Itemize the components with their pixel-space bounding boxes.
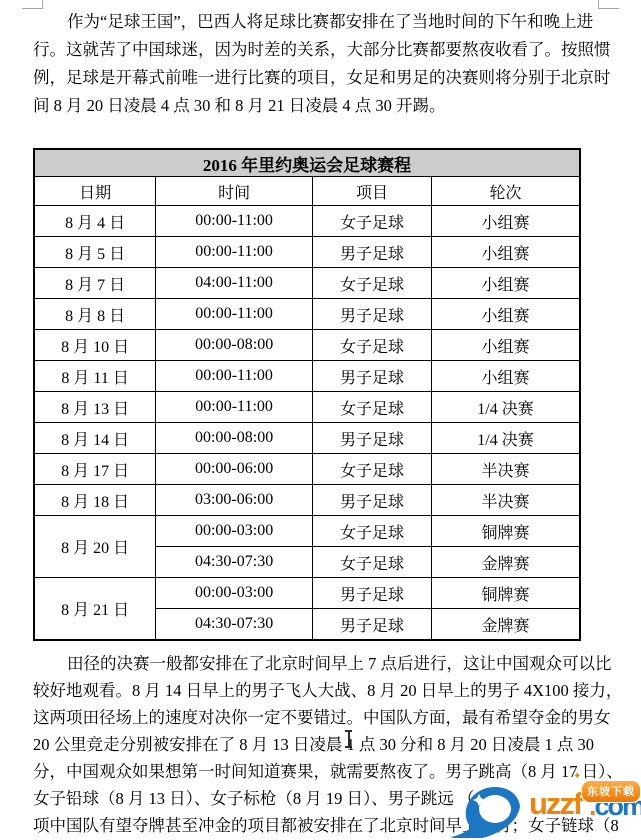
paragraph-line: 这两项田径场上的速度对决你一定不要错过。中国队方面，最有希望夺金的男女 xyxy=(33,704,613,731)
watermark-logo: uzzf .com 东坡下载 ✦ ✦ ✦ xyxy=(443,778,641,840)
watermark-brand-text: uzzf xyxy=(529,786,581,822)
cell-date: 8 月 21 日 xyxy=(34,578,156,641)
cell-date: 8 月 14 日 xyxy=(34,423,156,454)
cell-round: 金牌赛 xyxy=(431,609,580,641)
cell-date: 8 月 13 日 xyxy=(34,392,156,423)
cell-event: 男子足球 xyxy=(312,361,431,392)
paragraph-line: 田径的决赛一般都安排在了北京时间早上 7 点后进行，这让中国观众可以比 xyxy=(33,650,613,677)
paragraph-line: 例，足球是开幕式前唯一进行比赛的项目，女足和男足的决赛则将分别于北京时 xyxy=(33,64,613,92)
cell-time: 04:00-11:00 xyxy=(156,268,313,299)
cell-round: 金牌赛 xyxy=(431,547,580,578)
cell-round: 铜牌赛 xyxy=(431,516,580,547)
cell-date: 8 月 20 日 xyxy=(34,516,156,578)
cell-event: 女子足球 xyxy=(312,392,431,423)
column-header: 轮次 xyxy=(431,177,580,206)
paragraph-line: 20 公里竞走分别被安排在了 8 月 13 日凌晨 1 点 30 分和 8 月 … xyxy=(33,731,613,758)
cell-date: 8 月 10 日 xyxy=(34,330,156,361)
cell-event: 男子足球 xyxy=(312,485,431,516)
text-cursor-ibeam xyxy=(344,730,353,748)
cell-time: 00:00-11:00 xyxy=(156,299,313,330)
cell-event: 男子足球 xyxy=(312,609,431,641)
cell-date: 8 月 17 日 xyxy=(34,454,156,485)
swoosh-icon xyxy=(449,786,529,838)
cell-round: 1/4 决赛 xyxy=(431,392,580,423)
cell-event: 男子足球 xyxy=(312,578,431,609)
table-row: 8 月 10 日00:00-08:00女子足球小组赛 xyxy=(34,330,580,361)
cell-event: 男子足球 xyxy=(312,423,431,454)
table-header-row: 日期时间项目轮次 xyxy=(34,177,580,206)
table-row: 8 月 4 日00:00-11:00女子足球小组赛 xyxy=(34,206,580,237)
cell-event: 女子足球 xyxy=(312,454,431,485)
cell-time: 00:00-06:00 xyxy=(156,454,313,485)
cell-date: 8 月 18 日 xyxy=(34,485,156,516)
cell-time: 00:00-03:00 xyxy=(156,578,313,609)
cell-time: 00:00-11:00 xyxy=(156,392,313,423)
watermark-badge: 东坡下载 xyxy=(581,780,641,803)
cell-round: 小组赛 xyxy=(431,299,580,330)
cell-time: 04:30-07:30 xyxy=(156,547,313,578)
table-row: 8 月 13 日00:00-11:00女子足球1/4 决赛 xyxy=(34,392,580,423)
paragraph-line: 间 8 月 20 日凌晨 4 点 30 和 8 月 21 日凌晨 4 点 30 … xyxy=(33,92,613,120)
table-title: 2016 年里约奥运会足球赛程 xyxy=(34,149,580,177)
cell-event: 男子足球 xyxy=(312,237,431,268)
cell-event: 女子足球 xyxy=(312,206,431,237)
table-row: 8 月 7 日04:00-11:00女子足球小组赛 xyxy=(34,268,580,299)
cell-round: 小组赛 xyxy=(431,361,580,392)
cell-event: 女子足球 xyxy=(312,516,431,547)
cell-event: 男子足球 xyxy=(312,299,431,330)
cell-time: 04:30-07:30 xyxy=(156,609,313,641)
cell-round: 铜牌赛 xyxy=(431,578,580,609)
table-row: 8 月 8 日00:00-11:00男子足球小组赛 xyxy=(34,299,580,330)
column-header: 日期 xyxy=(34,177,156,206)
paragraph-line: 较好地观看。8 月 14 日早上的男子飞人大战、8 月 20 日早上的男子 4X… xyxy=(33,677,613,704)
cell-date: 8 月 11 日 xyxy=(34,361,156,392)
cell-time: 00:00-11:00 xyxy=(156,206,313,237)
paragraph-line: 作为“足球王国”，巴西人将足球比赛都安排在了当地时间的下午和晚上进 xyxy=(33,8,613,36)
cell-time: 00:00-08:00 xyxy=(156,423,313,454)
table-row: 8 月 20 日00:00-03:00女子足球铜牌赛 xyxy=(34,516,580,547)
table-row: 8 月 18 日03:00-06:00男子足球半决赛 xyxy=(34,485,580,516)
column-header: 时间 xyxy=(156,177,313,206)
cell-event: 女子足球 xyxy=(312,268,431,299)
schedule-table: 2016 年里约奥运会足球赛程 日期时间项目轮次 8 月 4 日00:00-11… xyxy=(33,148,581,641)
table-title-row: 2016 年里约奥运会足球赛程 xyxy=(34,149,580,177)
cell-time: 03:00-06:00 xyxy=(156,485,313,516)
column-header: 项目 xyxy=(312,177,431,206)
sparkle-icon: ✦ xyxy=(560,790,568,800)
table-row: 8 月 21 日00:00-03:00男子足球铜牌赛 xyxy=(34,578,580,609)
paragraph-intro: 作为“足球王国”，巴西人将足球比赛都安排在了当地时间的下午和晚上进行。这就苦了中… xyxy=(33,8,613,120)
cell-time: 00:00-08:00 xyxy=(156,330,313,361)
cell-date: 8 月 7 日 xyxy=(34,268,156,299)
cell-event: 女子足球 xyxy=(312,547,431,578)
cell-round: 小组赛 xyxy=(431,330,580,361)
cell-round: 1/4 决赛 xyxy=(431,423,580,454)
cell-time: 00:00-11:00 xyxy=(156,237,313,268)
cell-date: 8 月 5 日 xyxy=(34,237,156,268)
cell-round: 小组赛 xyxy=(431,268,580,299)
cell-round: 小组赛 xyxy=(431,206,580,237)
cell-time: 00:00-11:00 xyxy=(156,361,313,392)
table-row: 8 月 11 日00:00-11:00男子足球小组赛 xyxy=(34,361,580,392)
sparkle-icon: ✦ xyxy=(573,772,581,782)
cell-round: 小组赛 xyxy=(431,237,580,268)
table-row: 8 月 14 日00:00-08:00男子足球1/4 决赛 xyxy=(34,423,580,454)
cell-date: 8 月 4 日 xyxy=(34,206,156,237)
cell-date: 8 月 8 日 xyxy=(34,299,156,330)
cell-time: 00:00-03:00 xyxy=(156,516,313,547)
cell-event: 女子足球 xyxy=(312,330,431,361)
cell-round: 半决赛 xyxy=(431,485,580,516)
cell-round: 半决赛 xyxy=(431,454,580,485)
table-row: 8 月 17 日00:00-06:00女子足球半决赛 xyxy=(34,454,580,485)
document-page: 作为“足球王国”，巴西人将足球比赛都安排在了当地时间的下午和晚上进行。这就苦了中… xyxy=(0,0,641,840)
paragraph-line: 行。这就苦了中国球迷，因为时差的关系，大部分比赛都要熬夜收看了。按照惯 xyxy=(33,36,613,64)
table-row: 8 月 5 日00:00-11:00男子足球小组赛 xyxy=(34,237,580,268)
